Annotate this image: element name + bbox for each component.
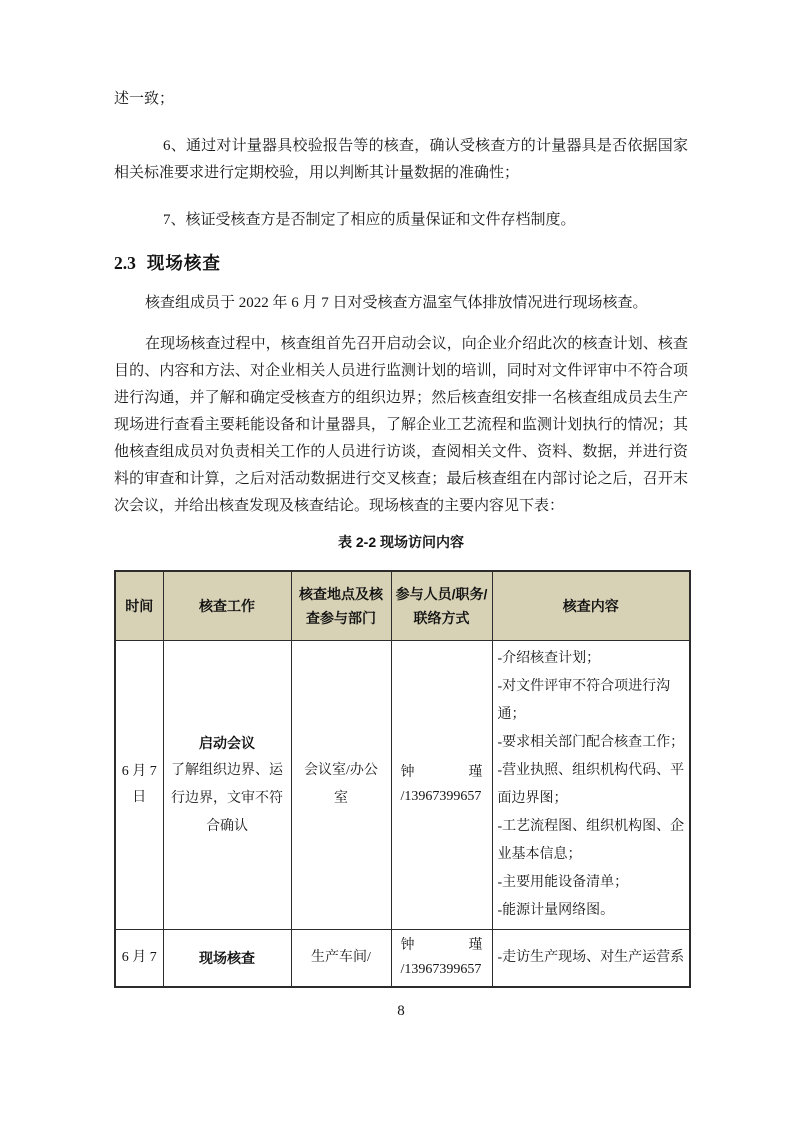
cell-verification-content: -走访生产现场、对生产运营系 [492, 929, 690, 987]
work-description: 了解组织边界、运行边界，文审不符合确认 [170, 757, 285, 841]
table-row-site-verification: 6 月 7 现场核查 生产车间/ 钟瑾 /13967399657 -走访生产现场… [115, 929, 690, 987]
participant-phone: /13967399657 [401, 785, 483, 809]
table-caption: 表 2-2 现场访问内容 [114, 532, 688, 552]
col-header-work: 核查工作 [163, 571, 291, 640]
paragraph-item-6: 6、通过对计量器具校验报告等的核查，确认受核查方的计量器具是否依据国家相关标准要… [114, 133, 688, 187]
document-page: 述一致； 6、通过对计量器具校验报告等的核查，确认受核查方的计量器具是否依据国家… [0, 0, 800, 1132]
paragraph-continuation: 述一致； [114, 86, 688, 113]
paragraph-site-visit-process: 在现场核查过程中，核查组首先召开启动会议，向企业介绍此次的核查计划、核查目的、内… [114, 331, 688, 520]
participant-phone: /13967399657 [401, 958, 483, 982]
section-number: 2.3 [114, 253, 136, 273]
work-title: 现场核查 [170, 944, 285, 972]
cell-location: 会议室/办公室 [291, 640, 391, 929]
cell-location: 生产车间/ [291, 929, 391, 987]
work-title: 启动会议 [170, 729, 285, 757]
cell-work: 现场核查 [163, 929, 291, 987]
section-title: 现场核查 [147, 253, 221, 273]
participant-name: 钟瑾 [401, 761, 483, 785]
cell-time: 6 月 7 [115, 929, 163, 987]
cell-participant: 钟瑾 /13967399657 [391, 929, 492, 987]
col-header-content: 核查内容 [492, 571, 690, 640]
cell-time: 6 月 7 日 [115, 640, 163, 929]
cell-work: 启动会议 了解组织边界、运行边界，文审不符合确认 [163, 640, 291, 929]
section-heading: 2.3现场核查 [114, 250, 688, 276]
cell-participant: 钟瑾 /13967399657 [391, 640, 492, 929]
table-row-kickoff-meeting: 6 月 7 日 启动会议 了解组织边界、运行边界，文审不符合确认 会议室/办公室… [115, 640, 690, 929]
participant-name: 钟瑾 [401, 934, 483, 958]
paragraph-site-visit-date: 核查组成员于 2022 年 6 月 7 日对受核查方温室气体排放情况进行现场核查… [114, 290, 688, 317]
col-header-location: 核查地点及核查参与部门 [291, 571, 391, 640]
paragraph-item-7: 7、核证受核查方是否制定了相应的质量保证和文件存档制度。 [114, 207, 688, 234]
col-header-time: 时间 [115, 571, 163, 640]
site-visit-table: 时间 核查工作 核查地点及核查参与部门 参与人员/职务/联络方式 核查内容 6 … [114, 570, 691, 988]
page-number: 8 [114, 1000, 688, 1022]
cell-verification-content: -介绍核查计划；-对文件评审不符合项进行沟通；-要求相关部门配合核查工作；-营业… [492, 640, 690, 929]
table-header-row: 时间 核查工作 核查地点及核查参与部门 参与人员/职务/联络方式 核查内容 [115, 571, 690, 640]
col-header-participants: 参与人员/职务/联络方式 [391, 571, 492, 640]
